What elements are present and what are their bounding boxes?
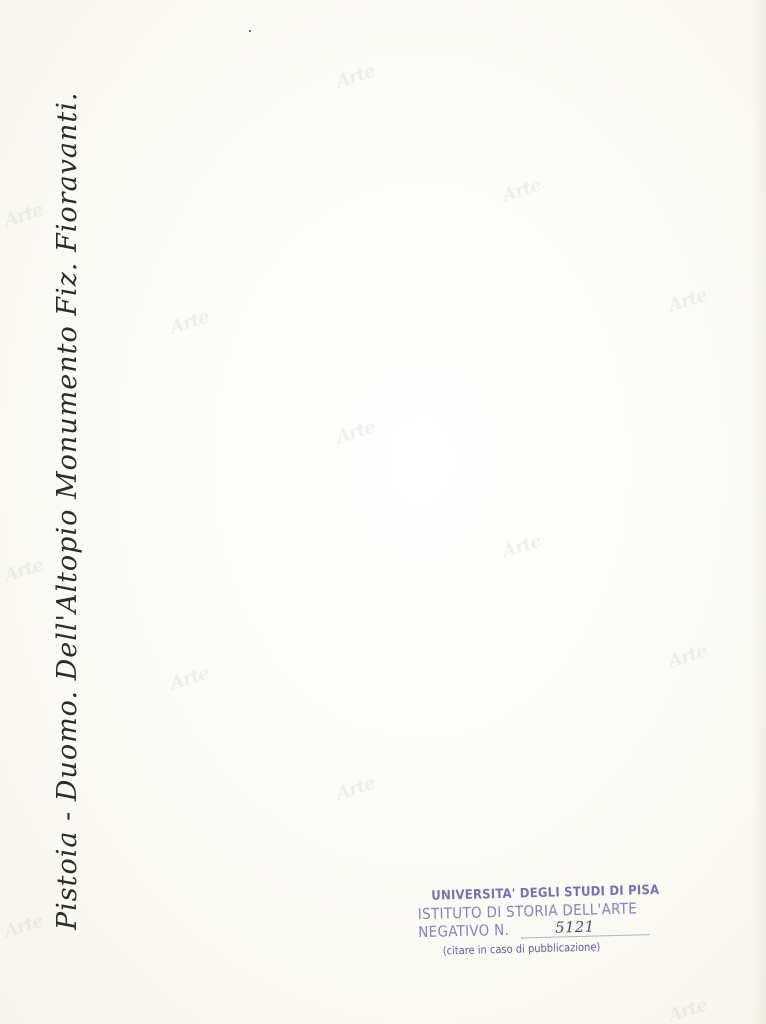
stamp-negative-field: 5121 <box>521 920 649 938</box>
photo-back-paper <box>0 0 766 1024</box>
negative-number: 5121 <box>555 918 595 937</box>
stamp-negative-label: NEGATIVO N. <box>418 921 509 941</box>
archive-stamp: UNIVERSITA' DEGLI STUDI DI PISA ISTITUTO… <box>417 883 661 958</box>
handwritten-caption: Pistoia - Duomo. Dell'Altopio Monumento … <box>52 92 83 930</box>
dust-speck <box>249 30 251 32</box>
paper-edge-shadow <box>752 0 766 1024</box>
